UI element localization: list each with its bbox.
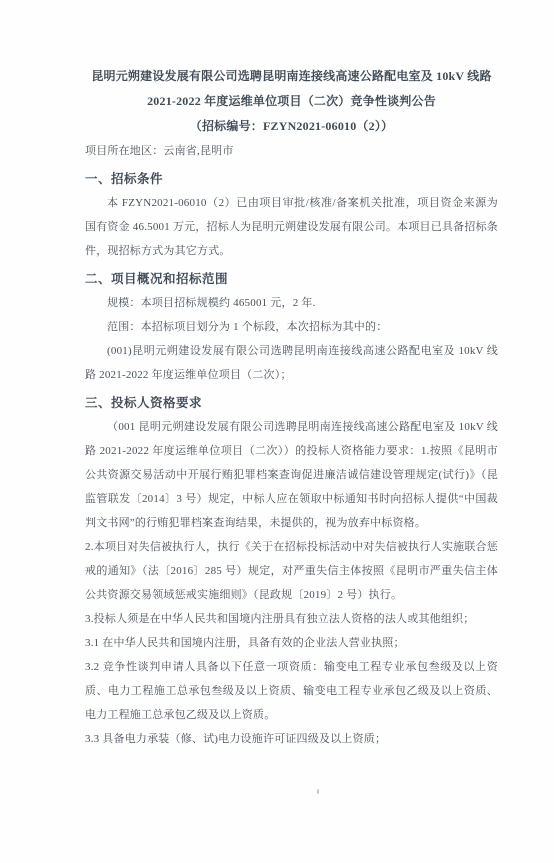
section-2-paragraph-scope: 范围：本招标项目划分为 1 个标段，本次招标为其中的：	[85, 315, 498, 339]
tender-number-line: （招标编号：FZYN2021-06010（2））	[85, 114, 498, 139]
document-title-line-1: 昆明元朔建设发展有限公司选聘昆明南连接线高速公路配电室及 10kV 线路	[85, 64, 498, 89]
section-3-paragraph-3-3: 3.3 具备电力承装（修、试)电力设施许可证四级及以上资质；	[85, 727, 498, 751]
document-title-line-2: 2021-2022 年度运维单位项目（二次）竞争性谈判公告	[85, 89, 498, 114]
document-title: 昆明元朔建设发展有限公司选聘昆明南连接线高速公路配电室及 10kV 线路 202…	[85, 64, 498, 139]
project-location-line: 项目所在地区：云南省,昆明市	[85, 139, 498, 163]
section-1-heading: 一、招标条件	[85, 167, 498, 191]
section-2-heading: 二、项目概况和招标范围	[85, 267, 498, 291]
section-3-heading: 三、投标人资格要求	[85, 391, 498, 415]
section-2-paragraph-lot: (001)昆明元朔建设发展有限公司选聘昆明南连接线高速公路配电室及 10kV 线…	[85, 339, 498, 387]
section-3-paragraph-3: 3.投标人须是在中华人民共和国境内注册具有独立法人资格的法人或其他组织；	[85, 607, 498, 631]
section-3-paragraph-1: （001 昆明元朔建设发展有限公司选聘昆明南连接线高速公路配电室及 10kV 线…	[85, 415, 498, 535]
section-3-paragraph-3-2: 3.2 竞争性谈判申请人具备以下任意一项资质：输变电工程专业承包叁级及以上资质、…	[85, 655, 498, 727]
scanned-document-page: 昆明元朔建设发展有限公司选聘昆明南连接线高速公路配电室及 10kV 线路 202…	[0, 0, 554, 863]
scan-speck	[317, 789, 319, 794]
document-content: 昆明元朔建设发展有限公司选聘昆明南连接线高速公路配电室及 10kV 线路 202…	[85, 64, 498, 751]
section-3-paragraph-3-1: 3.1 在中华人民共和国境内注册，具备有效的企业法人营业执照；	[85, 631, 498, 655]
section-3-paragraph-2: 2.本项目对失信被执行人，执行《关于在招标投标活动中对失信被执行人实施联合惩戒的…	[85, 535, 498, 607]
section-2-paragraph-scale: 规模：本项目招标规模约 465001 元，2 年.	[85, 291, 498, 315]
section-1-paragraph-1: 本 FZYN2021-06010（2）已由项目审批/核准/备案机关批准，项目资金…	[85, 191, 498, 263]
